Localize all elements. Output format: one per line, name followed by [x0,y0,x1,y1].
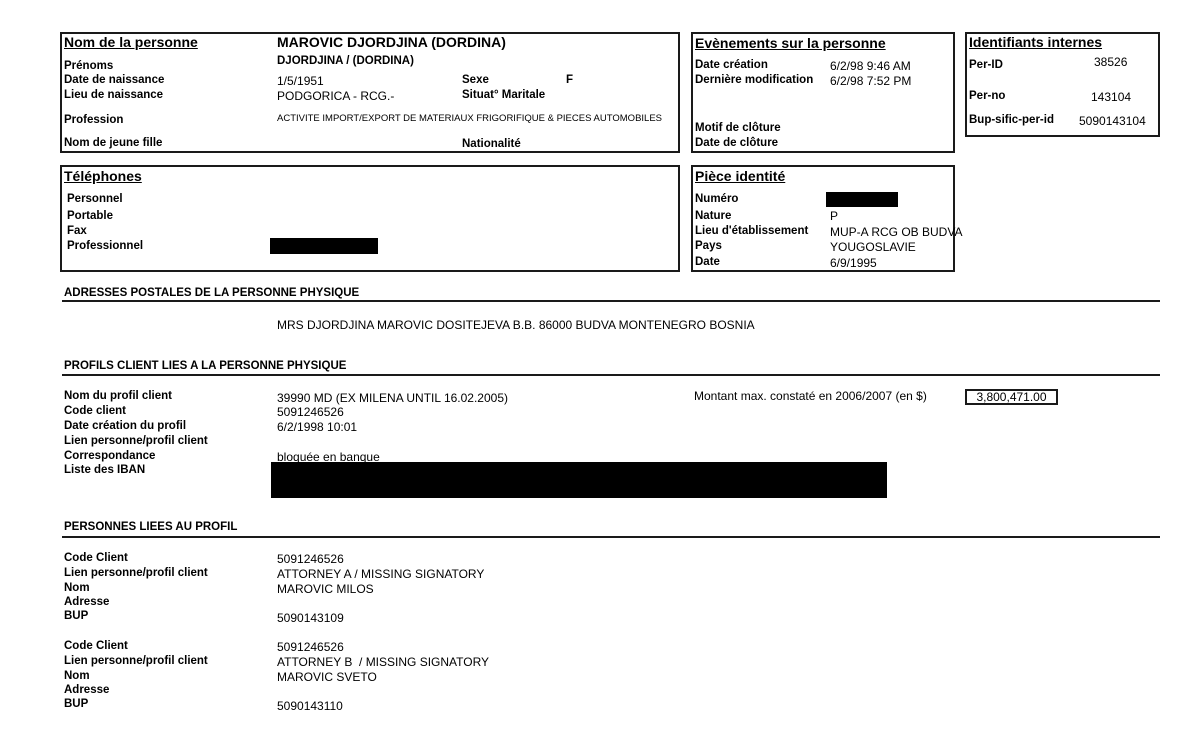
id-doc-box-title: Pièce identité [695,168,785,184]
lieu-naissance-value: PODGORICA - RCG.- [277,89,394,103]
linked-section-title: PERSONNES LIEES AU PROFIL [64,521,237,533]
id-nature-label: Nature [695,210,731,222]
prenoms-value: DJORDJINA / (DORDINA) [277,55,414,67]
linked-a-nom-label: Nom [64,582,90,594]
addresses-rule [62,300,1160,302]
address-value: MRS DJORDJINA MAROVIC DOSITEJEVA B.B. 86… [277,318,755,332]
profession-label: Profession [64,114,123,126]
linked-b-code-value: 5091246526 [277,640,344,654]
profession-value: ACTIVITE IMPORT/EXPORT DE MATERIAUX FRIG… [277,113,662,124]
profile-date-value: 6/2/1998 10:01 [277,420,357,434]
phone-professionnel-label: Professionnel [67,240,143,252]
id-numero-redaction [826,192,898,207]
sexe-value: F [566,74,573,86]
linked-b-nom-value: MAROVIC SVETO [277,670,377,684]
profile-name-value: 39990 MD (EX MILENA UNTIL 16.02.2005) [277,391,508,405]
linked-rule [62,536,1160,538]
phone-fax-label: Fax [67,225,87,237]
linked-a-bup-label: BUP [64,610,88,622]
motif-cloture-label: Motif de clôture [695,122,781,134]
id-date-label: Date [695,256,720,268]
modif-label: Dernière modification [695,74,813,86]
linked-b-lien-label: Lien personne/profil client [64,655,208,667]
situation-label: Situat° Maritale [462,89,545,101]
nationalite-label: Nationalité [462,138,521,150]
naissance-label: Date de naissance [64,74,164,86]
linked-b-adresse-label: Adresse [64,684,109,696]
linked-a-code-label: Code Client [64,552,128,564]
bup-sific-value: 5090143104 [1079,114,1146,128]
addresses-section-title: ADRESSES POSTALES DE LA PERSONNE PHYSIQU… [64,287,359,299]
id-pays-value: YOUGOSLAVIE [830,240,916,254]
phones-box [60,165,680,272]
montant-label: Montant max. constaté en 2006/2007 (en $… [694,389,927,403]
ids-box-title: Identifiants internes [969,34,1102,50]
creation-value: 6/2/98 9:46 AM [830,59,911,73]
profile-iban-redaction [271,462,887,498]
linked-a-lien-value: ATTORNEY A / MISSING SIGNATORY [277,567,484,581]
lieu-naissance-label: Lieu de naissance [64,89,163,101]
linked-b-lien-value: ATTORNEY B / MISSING SIGNATORY [277,655,489,669]
phone-professionnel-redaction [270,238,378,254]
profiles-section-title: PROFILS CLIENT LIES A LA PERSONNE PHYSIQ… [64,360,346,372]
profile-lien-label: Lien personne/profil client [64,435,208,447]
id-date-value: 6/9/1995 [830,256,877,270]
linked-b-code-label: Code Client [64,640,128,652]
date-cloture-label: Date de clôture [695,137,778,149]
bup-sific-label: Bup-sific-per-id [969,114,1054,126]
perid-value: 38526 [1094,55,1127,69]
profile-date-label: Date création du profil [64,420,186,432]
profile-iban-label: Liste des IBAN [64,464,145,476]
perno-value: 143104 [1091,90,1131,104]
linked-b-nom-label: Nom [64,670,90,682]
person-name: MAROVIC DJORDJINA (DORDINA) [277,34,506,50]
profile-code-value: 5091246526 [277,405,344,419]
id-nature-value: P [830,209,838,223]
jeune-fille-label: Nom de jeune fille [64,137,162,149]
linked-a-lien-label: Lien personne/profil client [64,567,208,579]
id-pays-label: Pays [695,240,722,252]
profile-correspondance-label: Correspondance [64,450,155,462]
profile-code-label: Code client [64,405,126,417]
modif-value: 6/2/98 7:52 PM [830,74,911,88]
id-lieu-value: MUP-A RCG OB BUDVA [830,225,962,239]
profiles-rule [62,374,1160,376]
phones-box-title: Téléphones [64,168,142,184]
linked-a-bup-value: 5090143109 [277,611,344,625]
creation-label: Date création [695,59,768,71]
phone-portable-label: Portable [67,210,113,222]
linked-a-adresse-label: Adresse [64,596,109,608]
montant-value: 3,800,471.00 [965,389,1058,405]
id-lieu-label: Lieu d'établissement [695,225,808,237]
linked-b-bup-value: 5090143110 [277,699,343,713]
id-numero-label: Numéro [695,193,738,205]
perid-label: Per-ID [969,59,1003,71]
events-box-title: Evènements sur la personne [695,35,886,51]
person-box-title: Nom de la personne [64,34,198,50]
linked-a-nom-value: MAROVIC MILOS [277,582,374,596]
prenoms-label: Prénoms [64,60,113,72]
linked-a-code-value: 5091246526 [277,552,344,566]
phone-personnel-label: Personnel [67,193,123,205]
linked-b-bup-label: BUP [64,698,88,710]
perno-label: Per-no [969,90,1005,102]
profile-name-label: Nom du profil client [64,390,172,402]
sexe-label: Sexe [462,74,489,86]
naissance-value: 1/5/1951 [277,74,324,88]
